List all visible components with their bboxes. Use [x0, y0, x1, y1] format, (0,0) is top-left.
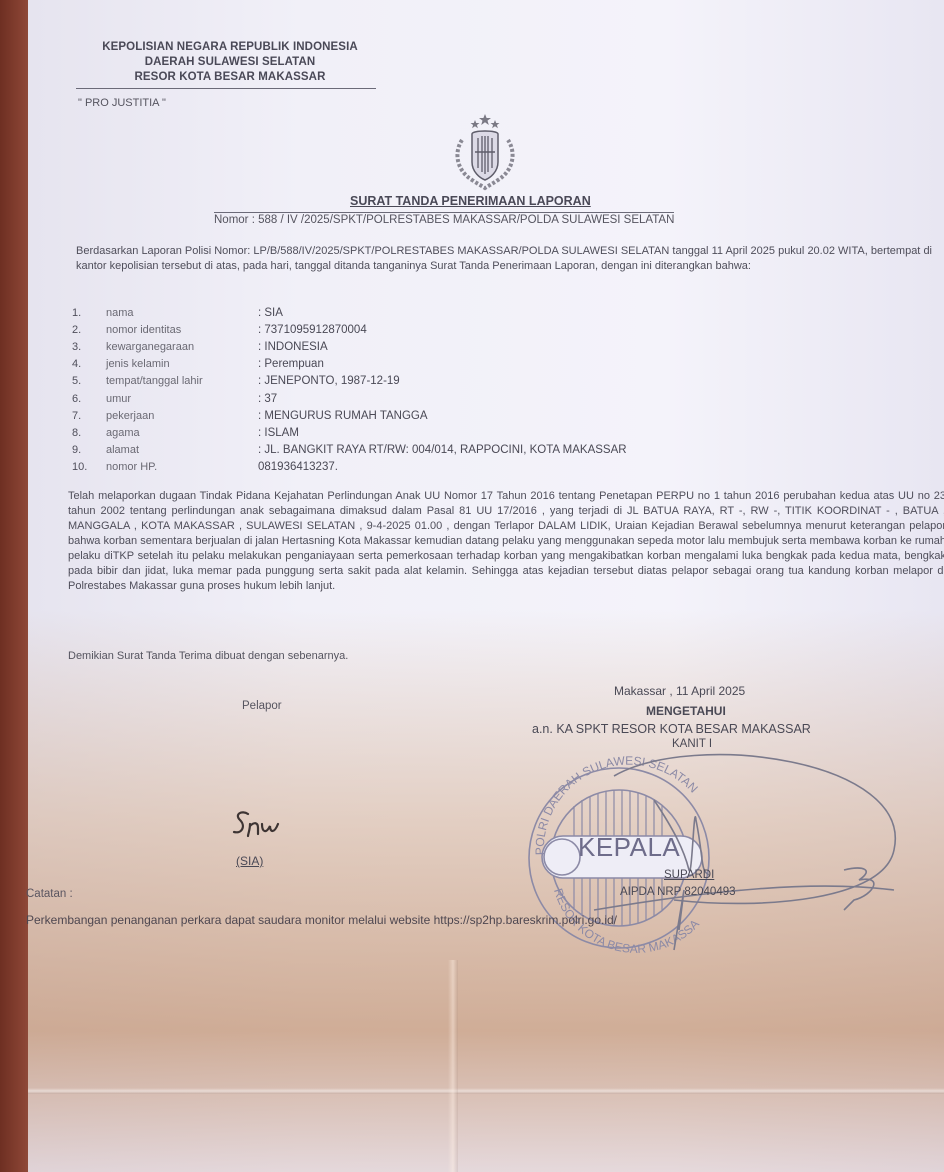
identity-label: alamat [106, 444, 258, 456]
identity-no: 8. [72, 427, 106, 439]
identity-value: : Perempuan [258, 358, 324, 370]
note-text: Perkembangan penanganan perkara dapat sa… [26, 913, 617, 927]
document-title: SURAT TANDA PENERIMAAN LAPORAN [350, 194, 591, 208]
letterhead-line-3: RESOR KOTA BESAR MAKASSAR [80, 70, 380, 85]
letterhead-line-2: DAERAH SULAWESI SELATAN [80, 55, 380, 70]
identity-row: 7.pekerjaan: MENGURUS RUMAH TANGGA [72, 407, 627, 424]
identity-label: umur [106, 393, 258, 405]
identity-value: : JENEPONTO, 1987-12-19 [258, 375, 400, 387]
identity-label: kewarganegaraan [106, 341, 258, 353]
note-label: Catatan : [26, 888, 73, 900]
identity-row: 9.alamat: JL. BANGKIT RAYA RT/RW: 004/01… [72, 442, 627, 459]
paper-fold-vertical [448, 960, 458, 1172]
identity-no: 3. [72, 341, 106, 353]
officer-rank-nrp: AIPDA NRP 82040493 [620, 886, 736, 898]
polri-emblem-icon [442, 112, 528, 192]
identity-no: 7. [72, 410, 106, 422]
closing-statement: Demikian Surat Tanda Terima dibuat denga… [68, 650, 348, 662]
identity-value: : ISLAM [258, 427, 299, 439]
identity-no: 9. [72, 444, 106, 456]
intro-paragraph: Berdasarkan Laporan Polisi Nomor: LP/B/5… [76, 244, 932, 274]
identity-no: 4. [72, 358, 106, 370]
acknowledged-label: MENGETAHUI [646, 704, 726, 718]
identity-label: agama [106, 427, 258, 439]
place-date: Makassar , 11 April 2025 [614, 684, 745, 698]
identity-value: : MENGURUS RUMAH TANGGA [258, 410, 428, 422]
identity-label: jenis kelamin [106, 358, 258, 370]
identity-no: 1. [72, 307, 106, 319]
reporter-signature-icon [228, 806, 298, 846]
identity-row: 4.jenis kelamin: Perempuan [72, 356, 627, 373]
identity-value: : INDONESIA [258, 341, 328, 353]
identity-label: pekerjaan [106, 410, 258, 422]
identity-row: 3.kewarganegaraan: INDONESIA [72, 338, 627, 355]
identity-row: 5.tempat/tanggal lahir: JENEPONTO, 1987-… [72, 373, 627, 390]
identity-label: nomor identitas [106, 324, 258, 336]
paper-fold-horizontal [28, 1088, 944, 1094]
pro-justitia: " PRO JUSTITIA " [78, 97, 166, 109]
identity-value: : 7371095912870004 [258, 324, 367, 336]
reporter-label: Pelapor [242, 700, 282, 712]
stamp-center-text: KEPALA [578, 832, 680, 863]
letterhead-line-1: KEPOLISIAN NEGARA REPUBLIK INDONESIA [80, 40, 380, 55]
on-behalf-of: a.n. KA SPKT RESOR KOTA BESAR MAKASSAR [532, 722, 811, 736]
reporter-name: (SIA) [236, 854, 263, 868]
identity-value: : JL. BANGKIT RAYA RT/RW: 004/014, RAPPO… [258, 444, 627, 456]
identity-row: 2.nomor identitas: 7371095912870004 [72, 321, 627, 338]
reporter-identity-list: 1.nama: SIA2.nomor identitas: 7371095912… [72, 304, 627, 476]
identity-no: 5. [72, 375, 106, 387]
letterhead-divider [76, 88, 376, 89]
identity-value: : SIA [258, 307, 283, 319]
identity-label: nama [106, 307, 258, 319]
identity-no: 10. [72, 461, 106, 473]
identity-no: 2. [72, 324, 106, 336]
identity-row: 8.agama: ISLAM [72, 424, 627, 441]
identity-no: 6. [72, 393, 106, 405]
officer-name: SUPARDI [664, 869, 714, 881]
identity-row: 6.umur: 37 [72, 390, 627, 407]
identity-row: 1.nama: SIA [72, 304, 627, 321]
report-body-paragraph: Telah melaporkan dugaan Tindak Pidana Ke… [68, 489, 944, 594]
identity-value: 081936413237. [258, 461, 338, 473]
identity-row: 10.nomor HP.081936413237. [72, 459, 627, 476]
official-stamp-icon: POLRI DAERAH SULAWESI SELATAN RESOR KOTA… [514, 740, 914, 960]
document-page: KEPOLISIAN NEGARA REPUBLIK INDONESIA DAE… [28, 0, 944, 1172]
identity-label: nomor HP. [106, 461, 258, 473]
letterhead: KEPOLISIAN NEGARA REPUBLIK INDONESIA DAE… [80, 40, 380, 85]
identity-label: tempat/tanggal lahir [106, 375, 258, 387]
document-number: Nomor : 588 / IV /2025/SPKT/POLRESTABES … [214, 212, 674, 226]
identity-value: : 37 [258, 393, 277, 405]
